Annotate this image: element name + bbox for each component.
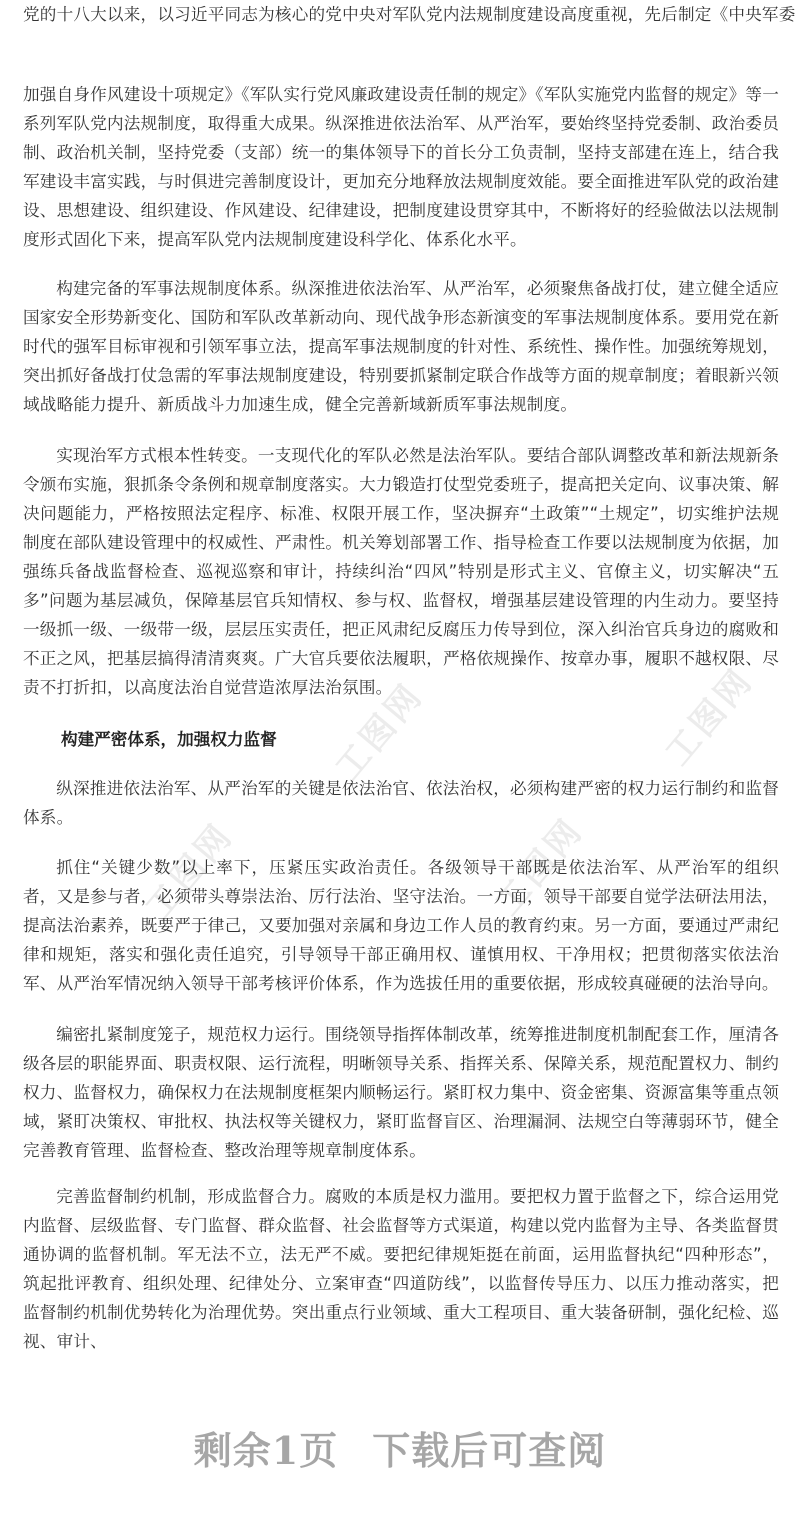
paragraph: 纵深推进依法治军、从严治军的关键是依法治官、依法治权，必须构建严密的权力运行制约… xyxy=(23,774,779,832)
remaining-pages-label: 剩余1页 xyxy=(194,1428,338,1473)
paragraph: 构建完备的军事法规制度体系。纵深推进依法治军、从严治军，必须聚焦备战打仗，建立健… xyxy=(23,274,779,419)
remaining-pages-notice[interactable]: 剩余1页下载后可查阅 xyxy=(0,1420,800,1475)
paragraph: 编密扎紧制度笼子，规范权力运行。围绕领导指挥体制改革，统筹推进制度机制配套工作，… xyxy=(23,1020,779,1165)
paragraph: 完善监督制约机制，形成监督合力。腐败的本质是权力滥用。要把权力置于监督之下，综合… xyxy=(23,1182,779,1356)
paragraph: 抓住“关键少数”以上率下，压紧压实政治责任。各级领导干部既是依法治军、从严治军的… xyxy=(23,853,779,998)
top-fragment-line: 党的十八大以来，以习近平同志为核心的党中央对军队党内法规制度建设高度重视，先后制… xyxy=(23,3,783,27)
paragraph: 加强自身作风建设十项规定》《军队实行党风廉政建设责任制的规定》《军队实施党内监督… xyxy=(23,80,779,254)
paragraph: 实现治军方式根本性转变。一支现代化的军队必然是法治军队。要结合部队调整改革和新法… xyxy=(23,441,779,702)
download-hint-label: 下载后可查阅 xyxy=(372,1428,606,1473)
section-heading: 构建严密体系，加强权力监督 xyxy=(61,725,277,754)
